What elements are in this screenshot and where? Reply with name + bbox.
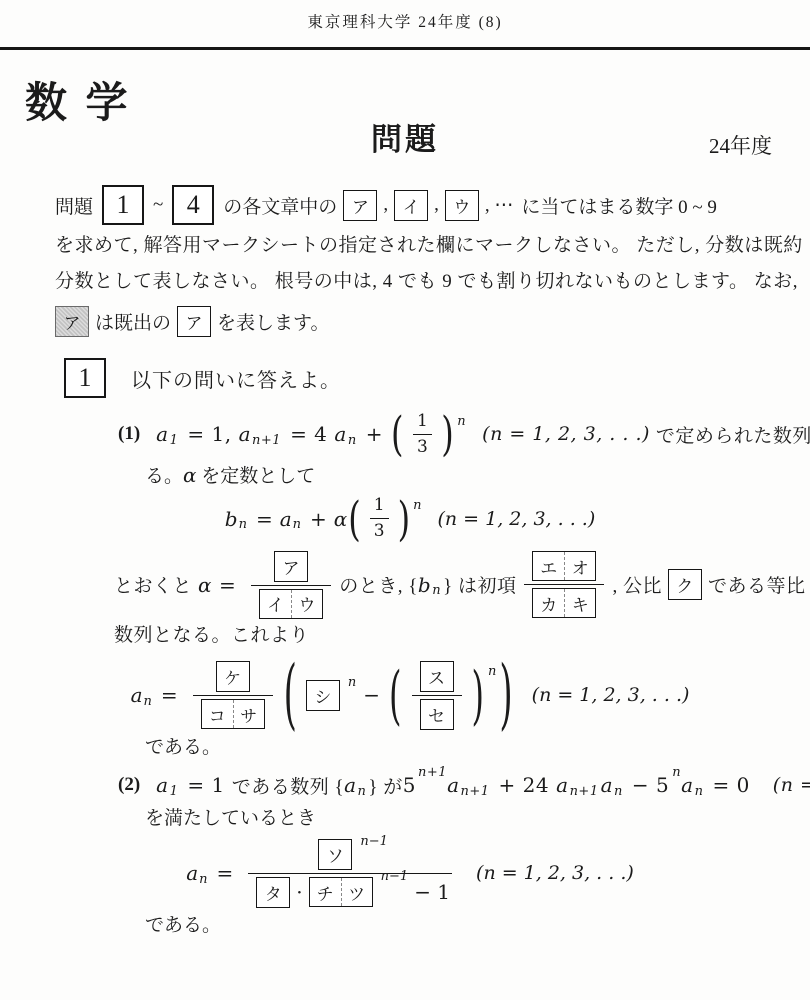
equation-an-2: an = ソ n−1 タ · チツ n−1 − 1 (n = 1, 2, 3, …	[0, 839, 810, 908]
fraction-bar	[248, 873, 452, 874]
math-op: + 24	[499, 773, 550, 797]
math-op: = 1	[187, 773, 224, 797]
part-2-intro-cont: を満たしているとき	[145, 805, 810, 833]
instr-line1-tail: に当てはまる数字 0 ~ 9	[521, 192, 717, 219]
part-2-intro-line: (2) a1 = 1 である数列 {an} が 5n+1an+1 + 24 an…	[118, 772, 810, 799]
kana-box-a: ア	[343, 190, 377, 221]
math-sub: 1	[170, 784, 179, 799]
part-1-intro-cont: る。α を定数として	[145, 460, 810, 492]
fraction-numerator: 1	[370, 496, 389, 515]
domain-note: (n = 1, 2, 3, . . .)	[532, 684, 690, 706]
fraction-denominator: カキ	[524, 588, 604, 618]
equation-an-1-row: an = ケ コサ ( シ n − ( ス セ ) n ) (n = 1, 2,…	[131, 661, 690, 730]
problem-range-box-1: 1	[102, 185, 144, 225]
right-paren: )	[441, 411, 454, 457]
instructions-line-2: を求めて, 解答用マークシートの指定された欄にマークしなさい。 ただし, 分数は…	[55, 228, 770, 264]
shaded-kana-box-a: ア	[55, 306, 89, 337]
exponent-n-1: n−1	[360, 834, 388, 849]
answer-fraction-ke-kosa: ケ コサ	[193, 661, 273, 729]
math-var: a	[239, 422, 251, 446]
box-se: セ	[420, 699, 454, 730]
math-var: b	[225, 507, 238, 531]
math-op: =	[219, 573, 236, 597]
left-paren: (	[348, 495, 360, 541]
answer-fraction-su-se: ス セ	[412, 661, 462, 730]
part-1-mid-line: とおくと α = ア イウ のとき, {bn} は初項 エオ カキ , 公比 ク…	[114, 551, 810, 619]
fraction-numerator: ア	[266, 551, 316, 582]
exponent-n: n	[348, 675, 356, 690]
math-var: a	[156, 422, 168, 446]
right-paren: )	[398, 495, 410, 541]
year-label: 24年度	[709, 130, 772, 160]
left-paren: (	[391, 411, 404, 457]
left-paren: (	[284, 657, 297, 734]
math-var: a	[156, 773, 168, 797]
box-shi: シ	[306, 680, 340, 711]
domain-note: (n = 1, 2, 3, . . .)	[476, 862, 634, 884]
domain-note: (n = 1, 2, 3, . . .)	[437, 508, 595, 530]
equation-an-2-row: an = ソ n−1 タ · チツ n−1 − 1 (n = 1, 2, 3, …	[186, 839, 634, 908]
fraction-bar	[412, 695, 462, 696]
math-sub: n+1	[461, 784, 490, 799]
problem-1-prompt: 以下の問いに答えよ。	[131, 364, 341, 393]
fraction-bar	[524, 584, 604, 585]
page-title: 問題	[0, 114, 810, 159]
exponent-n: n	[457, 414, 466, 429]
box-ke: ケ	[216, 661, 250, 692]
jp-text: である等比	[708, 571, 806, 598]
exponent: n+1	[418, 765, 447, 780]
math-sub: n	[239, 517, 247, 532]
math-var: a	[447, 773, 459, 797]
math-var: b	[418, 573, 431, 597]
domain-note: (n = 1, 2, 3, . . .)	[773, 774, 810, 796]
kana-box-u: ウ	[445, 190, 479, 221]
instructions-line-4: ア は既出の ア を表します。	[55, 300, 770, 342]
jp-text: で定められた数列 {	[656, 421, 810, 448]
box-ka: カ	[533, 589, 564, 617]
instructions-line-1: 問題 1 ~ 4 の各文章中の ア , イ , ウ , ⋯ に当てはまる数字 0…	[55, 182, 770, 228]
fraction-bar	[370, 518, 389, 519]
answer-fraction-so-over-ta-chitsu: ソ n−1 タ · チツ n−1 − 1	[248, 839, 452, 908]
fraction-bar	[413, 434, 432, 435]
multiply-dot: ·	[296, 880, 302, 904]
equation-bn: bn = an + α ( 13 ) n (n = 1, 2, 3, . . .…	[0, 496, 810, 540]
right-paren: )	[499, 657, 512, 734]
math-sub: n	[614, 784, 623, 799]
page-header: 東京理科大学 24年度 (8)	[0, 0, 810, 32]
part-1-mid-line-2: 数列となる。これより	[114, 621, 810, 651]
box-u: ウ	[291, 590, 322, 618]
problem-range-box-4: 4	[172, 185, 214, 225]
fraction-bar	[251, 585, 331, 586]
box-ku: ク	[668, 569, 702, 600]
part-2-outro: である。	[145, 912, 810, 940]
math-op: =	[256, 507, 273, 531]
jp-text: である数列 {	[232, 772, 344, 799]
math-sub: n+1	[252, 433, 281, 448]
kana-box-a-ref: ア	[177, 306, 211, 337]
fraction-bar	[193, 695, 273, 696]
instr-line4-tail: を表します。	[217, 308, 329, 335]
part-1-intro-line: (1) a1 = 1, an+1 = 4 an + ( 13 ) n (n = …	[118, 412, 810, 456]
box-so: ソ	[318, 839, 352, 870]
math-sub: n	[144, 694, 152, 709]
box-i: イ	[260, 590, 291, 618]
fraction-denominator: タ · チツ n−1 − 1	[248, 877, 452, 908]
jp-text: , 公比	[612, 571, 662, 598]
fraction-numerator: エオ	[524, 551, 604, 581]
box-ko-sa: コサ	[201, 699, 265, 729]
answer-fraction-eo-kaki: エオ カキ	[524, 551, 604, 618]
math-op: +	[366, 422, 383, 446]
alpha-symbol: α	[334, 507, 348, 531]
fraction-numerator: ケ	[208, 661, 258, 692]
box-ki: キ	[564, 589, 595, 617]
fraction-denominator: コサ	[193, 699, 273, 729]
math-op: = 0	[712, 773, 749, 797]
box-ko: コ	[202, 700, 233, 728]
jp-text: のとき, {	[339, 571, 418, 598]
math-sub: n+1	[570, 784, 599, 799]
math-var: a	[280, 507, 292, 531]
math-var: a	[186, 861, 198, 885]
math-var: a	[131, 683, 143, 707]
equation-bn-row: bn = an + α ( 13 ) n (n = 1, 2, 3, . . .…	[225, 496, 595, 540]
part-1-outro: である。	[145, 734, 810, 762]
box-chi-tsu: チツ	[309, 877, 373, 907]
fraction-denominator: セ	[412, 699, 462, 730]
box-tsu: ツ	[341, 878, 372, 906]
problem-1-heading: 1 以下の問いに答えよ。	[55, 358, 810, 398]
box-ka-ki: カキ	[532, 588, 596, 618]
comma: ,	[434, 194, 439, 216]
box-ta: タ	[256, 877, 290, 908]
math-op: − 1	[414, 880, 450, 904]
jp-text: とおくと	[114, 571, 192, 598]
part-1-label: (1)	[118, 423, 140, 445]
instr-lead: 問題	[55, 192, 93, 219]
math-sub: n	[358, 784, 367, 799]
box-su: ス	[420, 661, 454, 692]
part-2-label: (2)	[118, 774, 140, 796]
math-sub: n	[293, 517, 301, 532]
math-var: a	[681, 773, 693, 797]
instructions-block: 問題 1 ~ 4 の各文章中の ア , イ , ウ , ⋯ に当てはまる数字 0…	[55, 182, 770, 342]
box-sa: サ	[233, 700, 264, 728]
fraction-numerator: ス	[412, 661, 462, 692]
math-var: a	[556, 773, 568, 797]
left-paren: (	[389, 663, 401, 727]
jp-text: る。	[145, 466, 183, 487]
comma: ,	[383, 194, 388, 216]
math-var: a	[344, 773, 356, 797]
alpha-symbol: α	[183, 463, 197, 487]
domain-note: (n = 1, 2, 3, . . .)	[482, 423, 650, 445]
math-sub: n	[199, 872, 207, 887]
math-op: +	[310, 507, 327, 531]
box-i-u: イウ	[259, 589, 323, 619]
math-var: a	[601, 773, 613, 797]
math-sub: n	[695, 784, 704, 799]
comma-dots: , ⋯	[485, 194, 514, 217]
range-tilde: ~	[153, 194, 163, 216]
box-e-o: エオ	[532, 551, 596, 581]
box-chi: チ	[310, 878, 341, 906]
fraction-numerator: 1	[413, 412, 432, 431]
exponent-n: n	[488, 664, 496, 679]
problem-1-number-box: 1	[64, 358, 106, 398]
fraction-numerator: ソ n−1	[310, 839, 390, 870]
math-sub: 1	[170, 433, 179, 448]
title-band: 数 学 問題 24年度	[0, 50, 810, 178]
instructions-line-3: 分数として表しなさい。 根号の中は, 4 でも 9 でも割り切れないものとします…	[55, 264, 770, 300]
box-a: ア	[274, 551, 308, 582]
jp-text: を定数として	[197, 466, 316, 487]
box-o: オ	[564, 552, 595, 580]
math-op: −	[363, 683, 380, 707]
math-op: = 1,	[187, 422, 231, 446]
fraction-one-third: 13	[413, 412, 432, 456]
box-e: エ	[533, 552, 564, 580]
fraction-one-third: 13	[370, 496, 389, 540]
math-op: = 4	[290, 422, 327, 446]
right-paren: )	[472, 663, 484, 727]
math-var: a	[334, 422, 346, 446]
exponent: n	[672, 765, 681, 780]
equation-an-1: an = ケ コサ ( シ n − ( ス セ ) n ) (n = 1, 2,…	[0, 661, 810, 730]
kana-box-i: イ	[394, 190, 428, 221]
math-sub: n	[348, 433, 357, 448]
exponent-n: n	[413, 498, 421, 513]
instr-line4-mid: は既出の	[95, 308, 171, 335]
alpha-symbol: α	[198, 573, 212, 597]
math-op: − 5	[632, 773, 669, 797]
exponent-n-1: n−1	[381, 869, 409, 884]
math-num: 5	[403, 773, 416, 797]
answer-fraction-a-iu: ア イウ	[251, 551, 331, 619]
jp-text: } が	[368, 772, 402, 799]
fraction-denominator: 3	[370, 522, 389, 541]
instr-after-range: の各文章中の	[223, 192, 337, 219]
math-sub: n	[432, 583, 441, 598]
math-op: =	[161, 683, 178, 707]
math-op: =	[217, 861, 234, 885]
fraction-denominator: イウ	[251, 589, 331, 619]
fraction-denominator: 3	[413, 438, 432, 457]
exam-page: 東京理科大学 24年度 (8) 数 学 問題 24年度 問題 1 ~ 4 の各文…	[0, 0, 810, 1000]
jp-text: } は初項	[443, 571, 516, 598]
